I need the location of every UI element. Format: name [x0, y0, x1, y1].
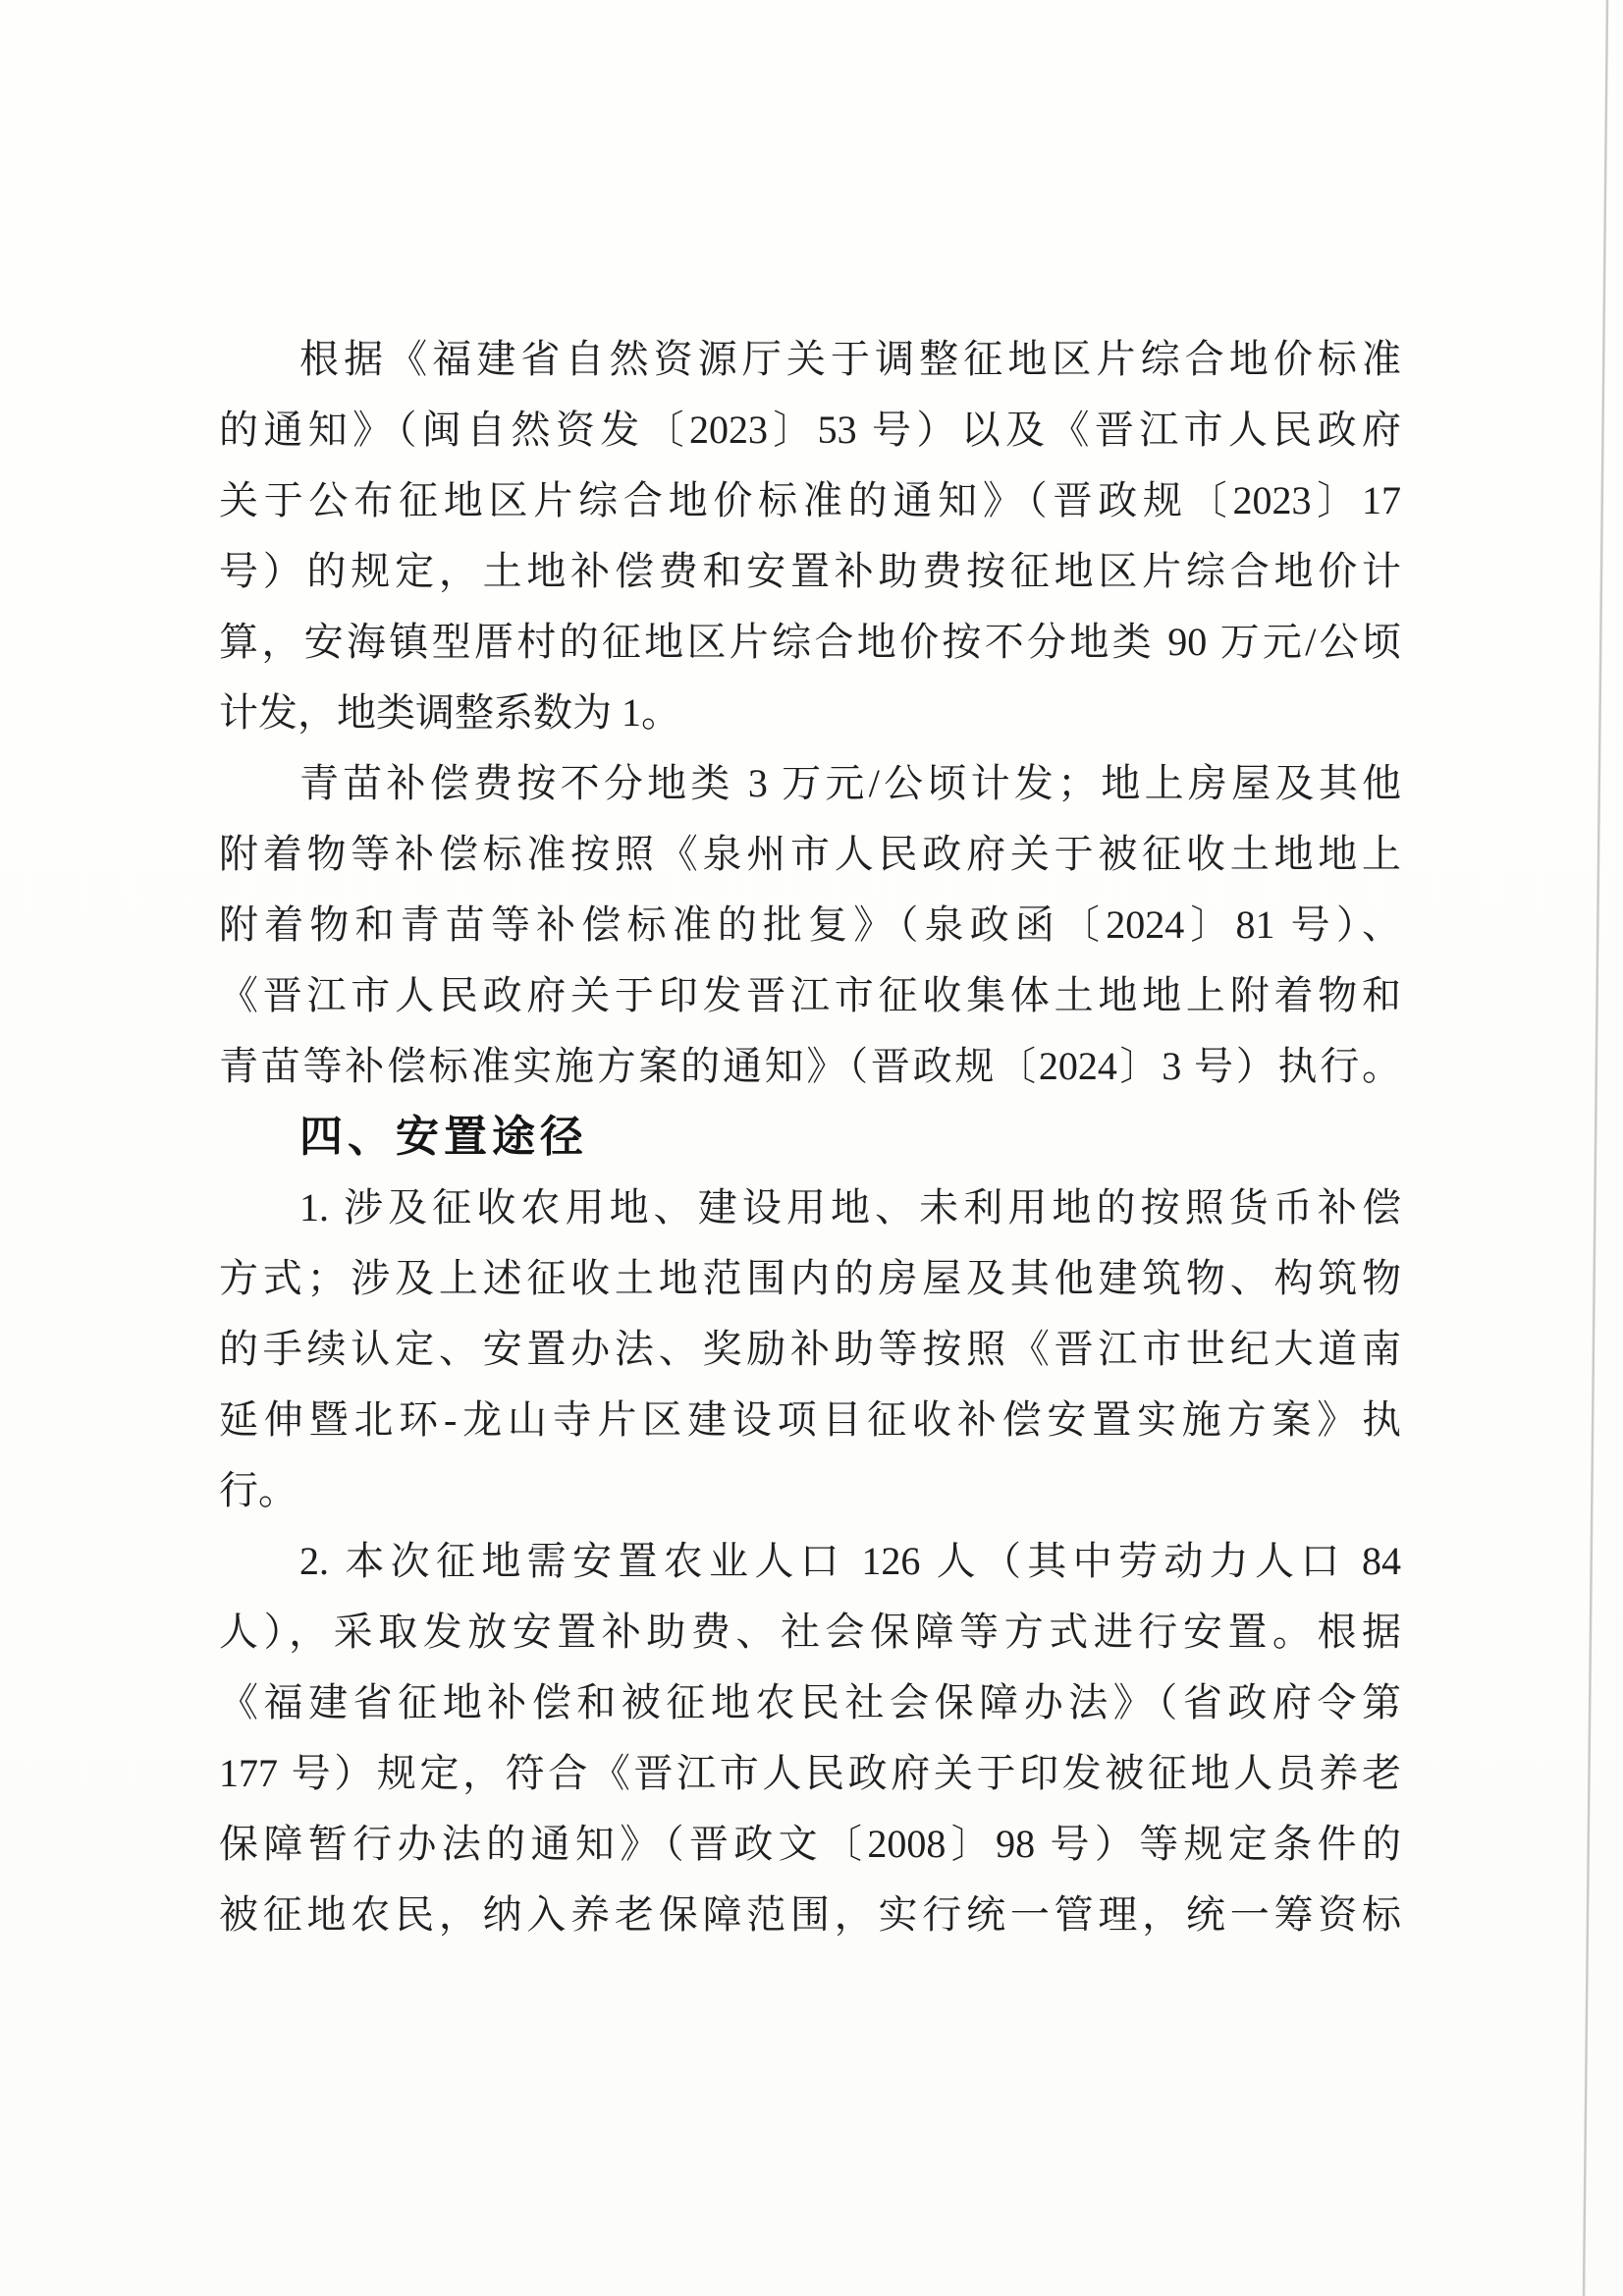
text-line: 177 号）规定，符合《晋江市人民政府关于印发被征地人员养老 — [219, 1738, 1401, 1809]
scanned-document-page: 根据《福建省自然资源厅关于调整征地区片综合地价标准的通知》（闽自然资发〔2023… — [0, 0, 1623, 2296]
text-line: 延伸暨北环-龙山寺片区建设项目征收补偿安置实施方案》执 — [219, 1385, 1401, 1455]
text-line: 《福建省征地补偿和被征地农民社会保障办法》（省政府令第 — [219, 1667, 1401, 1738]
text-line: 方式；涉及上述征收土地范围内的房屋及其他建筑物、构筑物 — [219, 1243, 1401, 1314]
text-line: 算，安海镇型厝村的征地区片综合地价按不分地类 90 万元/公顷 — [219, 607, 1401, 678]
scan-edge-line — [1584, 0, 1607, 2296]
text-line: 被征地农民，纳入养老保障范围，实行统一管理，统一筹资标 — [219, 1880, 1401, 1950]
section-heading: 四、安置途径 — [219, 1102, 1401, 1173]
text-line: 附着物等补偿标准按照《泉州市人民政府关于被征收土地地上 — [219, 819, 1401, 890]
text-line: 保障暂行办法的通知》（晋政文〔2008〕98 号）等规定条件的 — [219, 1809, 1401, 1880]
text-line: 1. 涉及征收农用地、建设用地、未利用地的按照货币补偿 — [219, 1173, 1401, 1243]
text-line: 青苗等补偿标准实施方案的通知》（晋政规〔2024〕3 号）执行。 — [219, 1031, 1401, 1102]
text-line: 青苗补偿费按不分地类 3 万元/公顷计发；地上房屋及其他 — [219, 748, 1401, 819]
text-line: 2. 本次征地需安置农业人口 126 人（其中劳动力人口 84 — [219, 1526, 1401, 1597]
text-line: 《晋江市人民政府关于印发晋江市征收集体土地地上附着物和 — [219, 960, 1401, 1031]
text-line: 行。 — [219, 1455, 1401, 1526]
text-line: 人），采取发放安置补助费、社会保障等方式进行安置。根据 — [219, 1597, 1401, 1667]
text-line: 关于公布征地区片综合地价标准的通知》（晋政规〔2023〕17 — [219, 465, 1401, 536]
text-line: 号）的规定，土地补偿费和安置补助费按征地区片综合地价计 — [219, 536, 1401, 607]
document-text-block: 根据《福建省自然资源厅关于调整征地区片综合地价标准的通知》（闽自然资发〔2023… — [219, 324, 1401, 1950]
text-line: 计发，地类调整系数为 1。 — [219, 678, 1401, 748]
text-line: 的手续认定、安置办法、奖励补助等按照《晋江市世纪大道南 — [219, 1314, 1401, 1385]
text-line: 附着物和青苗等补偿标准的批复》（泉政函〔2024〕81 号）、 — [219, 890, 1401, 960]
text-line: 的通知》（闽自然资发〔2023〕53 号）以及《晋江市人民政府 — [219, 395, 1401, 465]
text-line: 根据《福建省自然资源厅关于调整征地区片综合地价标准 — [219, 324, 1401, 395]
